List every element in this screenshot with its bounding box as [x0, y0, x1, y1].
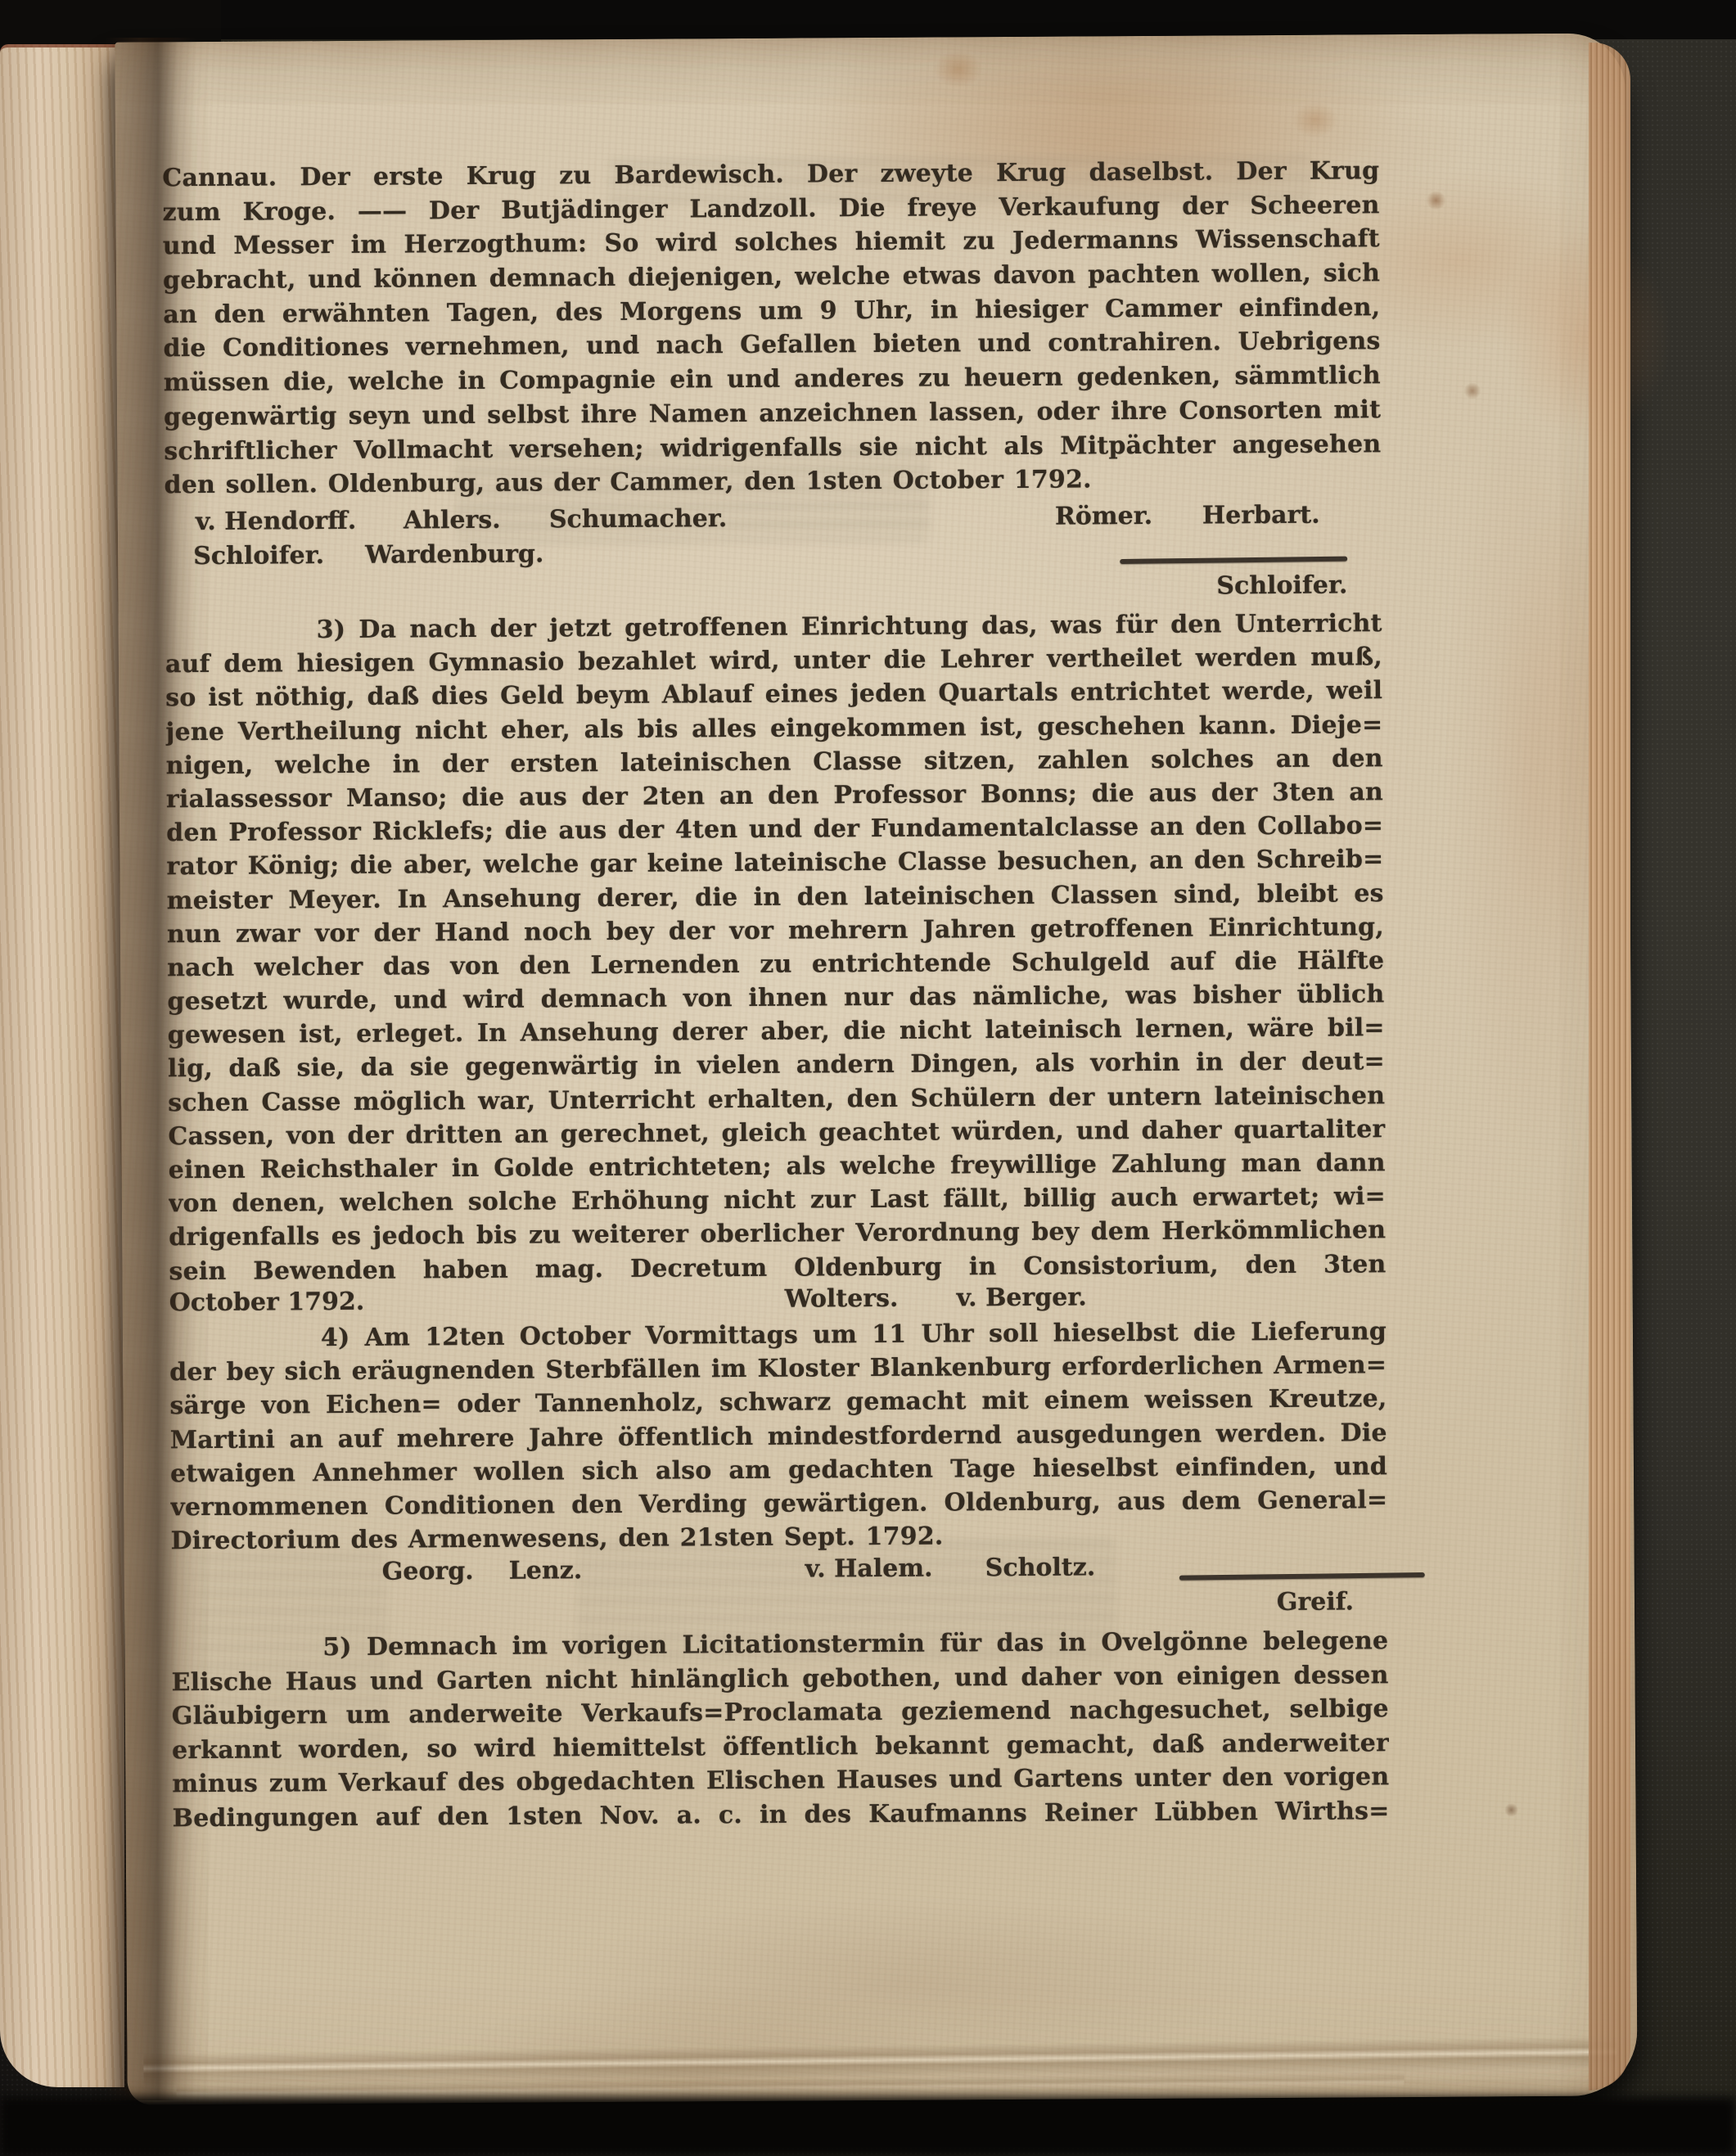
signature: v. Hendorff. — [196, 504, 357, 539]
foxing-spot — [1292, 102, 1338, 138]
countersignature-schloifer: Schloifer. — [165, 568, 1347, 610]
text-line: den sollen. Oldenburg, aus der Cammer, d… — [165, 461, 1382, 503]
signature: Schumacher. — [549, 502, 728, 537]
signature: Römer. — [1055, 499, 1153, 534]
signature: Georg. — [382, 1554, 474, 1590]
text-line: Bedingungen auf den 1sten Nov. a. c. in … — [172, 1794, 1389, 1836]
paper-fold-crease — [143, 2036, 1617, 2086]
dateline: October 1792. — [169, 1285, 365, 1320]
foxing-spot — [933, 50, 982, 88]
dateline-signature-row-item3: October 1792. Wolters. v. Berger. — [169, 1279, 1387, 1320]
backdrop-bottom-shadow — [0, 2097, 1736, 2156]
foxing-spot — [1425, 192, 1446, 210]
signature-row-cammer-2: Schloifer. Wardenburg. — [165, 532, 1382, 574]
foxing-stain — [552, 1893, 1273, 2069]
signature: Herbart. — [1202, 498, 1320, 534]
signature: Wardenburg. — [365, 537, 543, 572]
signature: Wolters. — [785, 1282, 899, 1317]
signature: v. Berger. — [957, 1280, 1087, 1315]
notice-item-4-paragraph: 4) Am 12ten October Vormittags um 11 Uhr… — [169, 1315, 1388, 1558]
foxing-stain — [1499, 229, 1673, 443]
decree-item-3-paragraph: 3) Da nach der jetzt getroffenen Einrich… — [165, 607, 1387, 1288]
paper-fold-crease — [177, 2072, 1405, 2098]
signature: v. Halem. — [805, 1552, 933, 1587]
underlying-page-edges — [0, 44, 124, 2087]
fore-edge-page-stack — [1589, 43, 1630, 2091]
foxing-spot — [1463, 382, 1481, 399]
notice-cammer-paragraph: Cannau. Der erste Krug zu Bardewisch. De… — [162, 154, 1382, 503]
signature-row-item4: Georg. Lenz. v. Halem. Scholtz. — [171, 1549, 1388, 1590]
document-page: Cannau. Der erste Krug zu Bardewisch. De… — [115, 33, 1637, 2104]
signature: Ahlers. — [404, 503, 501, 539]
notice-item-5-paragraph: 5) Demnach im vorigen Licitationstermin … — [171, 1624, 1389, 1835]
foxing-spot — [1504, 1803, 1518, 1816]
signature: Scholtz. — [985, 1550, 1096, 1585]
signature: Lenz. — [509, 1554, 583, 1589]
countersignature-greif: Greif. — [171, 1585, 1354, 1626]
signature: Schloifer. — [193, 539, 324, 574]
